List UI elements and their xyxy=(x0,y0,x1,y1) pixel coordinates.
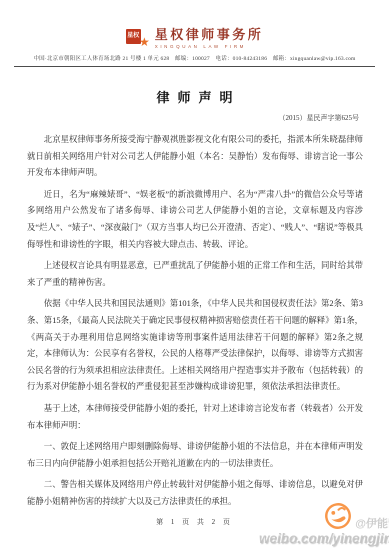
statement-paragraph: 上述侵权言论具有明显恶意，已严重扰乱了伊能静小姐的正常工作和生活，同时给其带来了… xyxy=(27,258,363,291)
weibo-watermark-top: @伊能静 xyxy=(259,501,389,531)
statement-paragraph: 一、敦促上述网络用户即刻删除侮辱、诽谤伊能静小姐的不法信息，并在本律师声明发布三… xyxy=(27,439,363,472)
document-title: 律师声明 xyxy=(0,87,389,106)
weibo-url: weibo.com/yinengjing xyxy=(259,531,389,546)
statement-paragraph: 北京星权律师事务所接受海宁静观祺胜影视文化有限公司的委托，指派本所朱晓磊律师就日… xyxy=(27,132,363,182)
letterhead-row: 星权 ★ 星权律师事务所 XINGQUAN LAW FIRM xyxy=(0,24,389,49)
statement-paragraph: 依据《中华人民共和国民法通则》第101条，《中华人民共和国侵权责任法》第2条、第… xyxy=(27,296,363,396)
firm-logo-icon: 星权 ★ xyxy=(126,28,150,46)
star-icon: ★ xyxy=(139,36,150,48)
letterhead: 星权 ★ 星权律师事务所 XINGQUAN LAW FIRM 中国·北京市朝阳区… xyxy=(0,0,389,67)
statement-body: 北京星权律师事务所接受海宁静观祺胜影视文化有限公司的委托，指派本所朱晓磊律师就日… xyxy=(27,132,363,510)
statement-paragraph: 近日，名为“麻辣婊哥”、“娱老板”的新浪微博用户、名为“严肃八卦”的微信公众号等… xyxy=(27,187,363,253)
weibo-handle: @伊能静 xyxy=(355,515,389,531)
letterhead-divider xyxy=(14,66,375,67)
weibo-watermark: @伊能静 weibo.com/yinengjing xyxy=(259,501,389,546)
statement-paragraph: 基于上述，本律师接受伊能静小姐的委托，针对上述诽谤言论发布者（转载者）公开发布本… xyxy=(27,401,363,434)
firm-address: 中国·北京市朝阳区工人体育场北路 21 号楼 1 单元 628 邮编：10002… xyxy=(0,54,389,62)
statement-document: 星权 ★ 星权律师事务所 XINGQUAN LAW FIRM 中国·北京市朝阳区… xyxy=(0,0,389,550)
weibo-emoji-icon xyxy=(321,499,355,533)
firm-name-cn: 星权律师事务所 xyxy=(155,24,264,43)
firm-name-en: XINGQUAN LAW FIRM xyxy=(155,44,264,49)
firm-names: 星权律师事务所 XINGQUAN LAW FIRM xyxy=(155,24,264,49)
document-number: （2015）星民声字第625号 xyxy=(0,113,359,123)
